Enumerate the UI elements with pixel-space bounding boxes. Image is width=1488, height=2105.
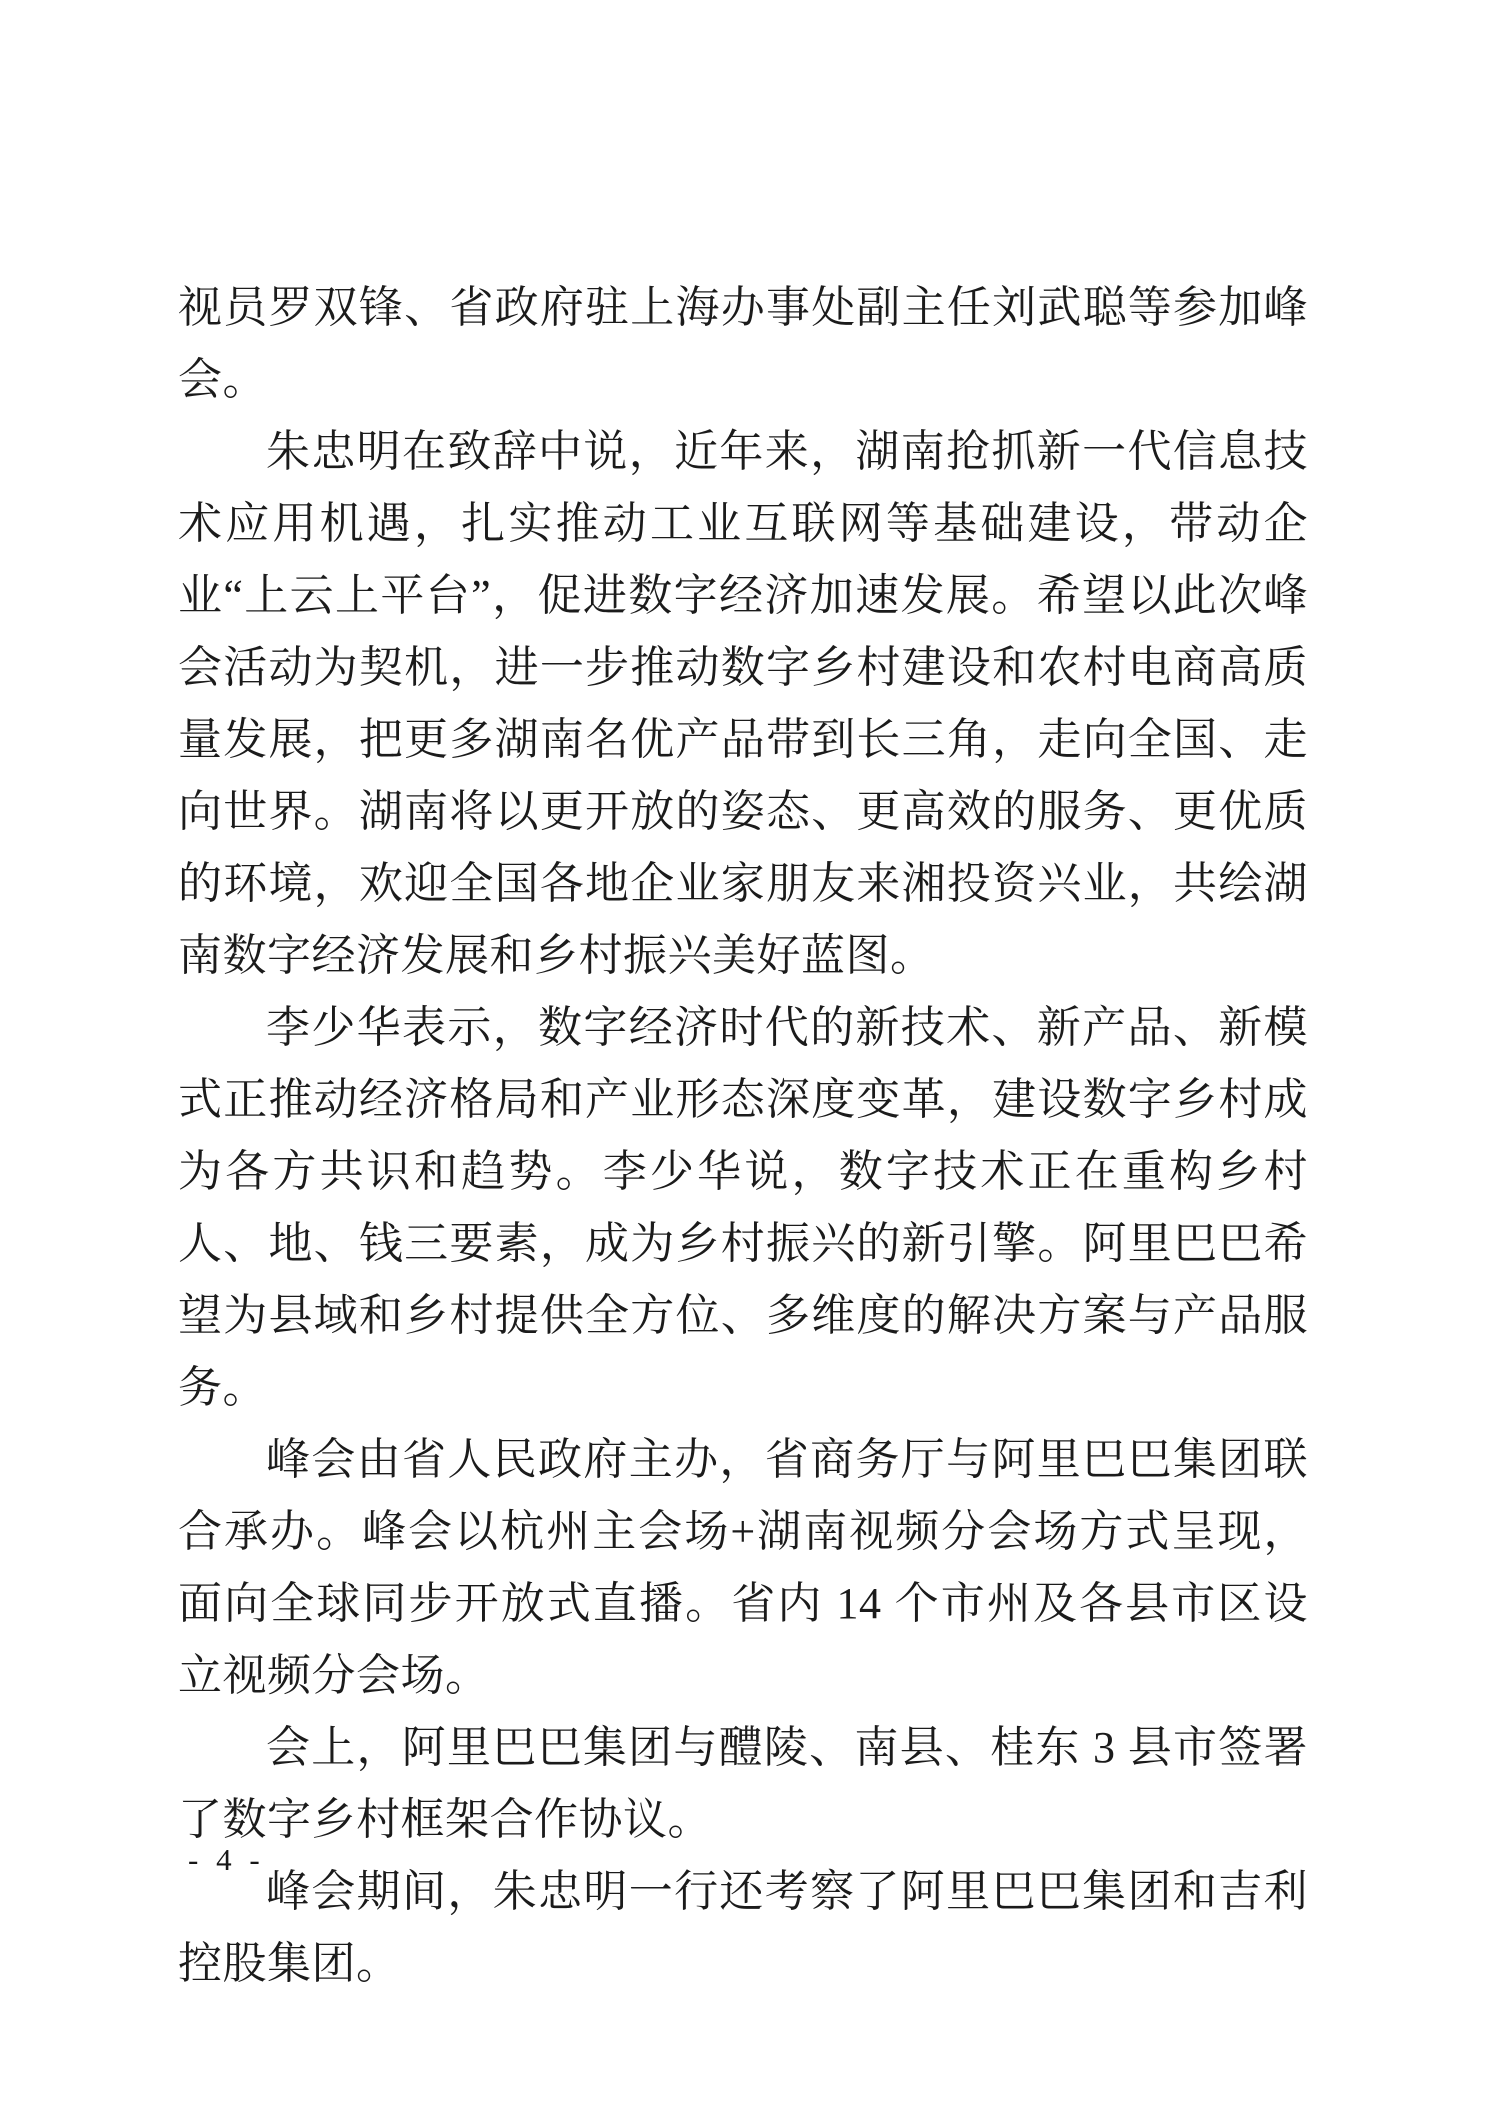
body-paragraph: 峰会由省人民政府主办，省商务厅与阿里巴巴集团联合承办。峰会以杭州主会场+湖南视频… [178, 1424, 1308, 1712]
body-paragraph: 朱忠明在致辞中说，近年来，湖南抢抓新一代信息技术应用机遇，扎实推动工业互联网等基… [178, 416, 1308, 992]
body-paragraph: 李少华表示，数字经济时代的新技术、新产品、新模式正推动经济格局和产业形态深度变革… [178, 992, 1308, 1424]
document-body: 视员罗双锋、省政府驻上海办事处副主任刘武聪等参加峰会。 朱忠明在致辞中说，近年来… [178, 272, 1308, 2000]
body-paragraph: 会上，阿里巴巴集团与醴陵、南县、桂东 3 县市签署了数字乡村框架合作协议。 [178, 1712, 1308, 1856]
document-page: 视员罗双锋、省政府驻上海办事处副主任刘武聪等参加峰会。 朱忠明在致辞中说，近年来… [0, 0, 1488, 2105]
body-paragraph: 峰会期间，朱忠明一行还考察了阿里巴巴集团和吉利控股集团。 [178, 1856, 1308, 2000]
body-paragraph: 视员罗双锋、省政府驻上海办事处副主任刘武聪等参加峰会。 [178, 272, 1308, 416]
page-number: - 4 - [188, 1840, 265, 1880]
